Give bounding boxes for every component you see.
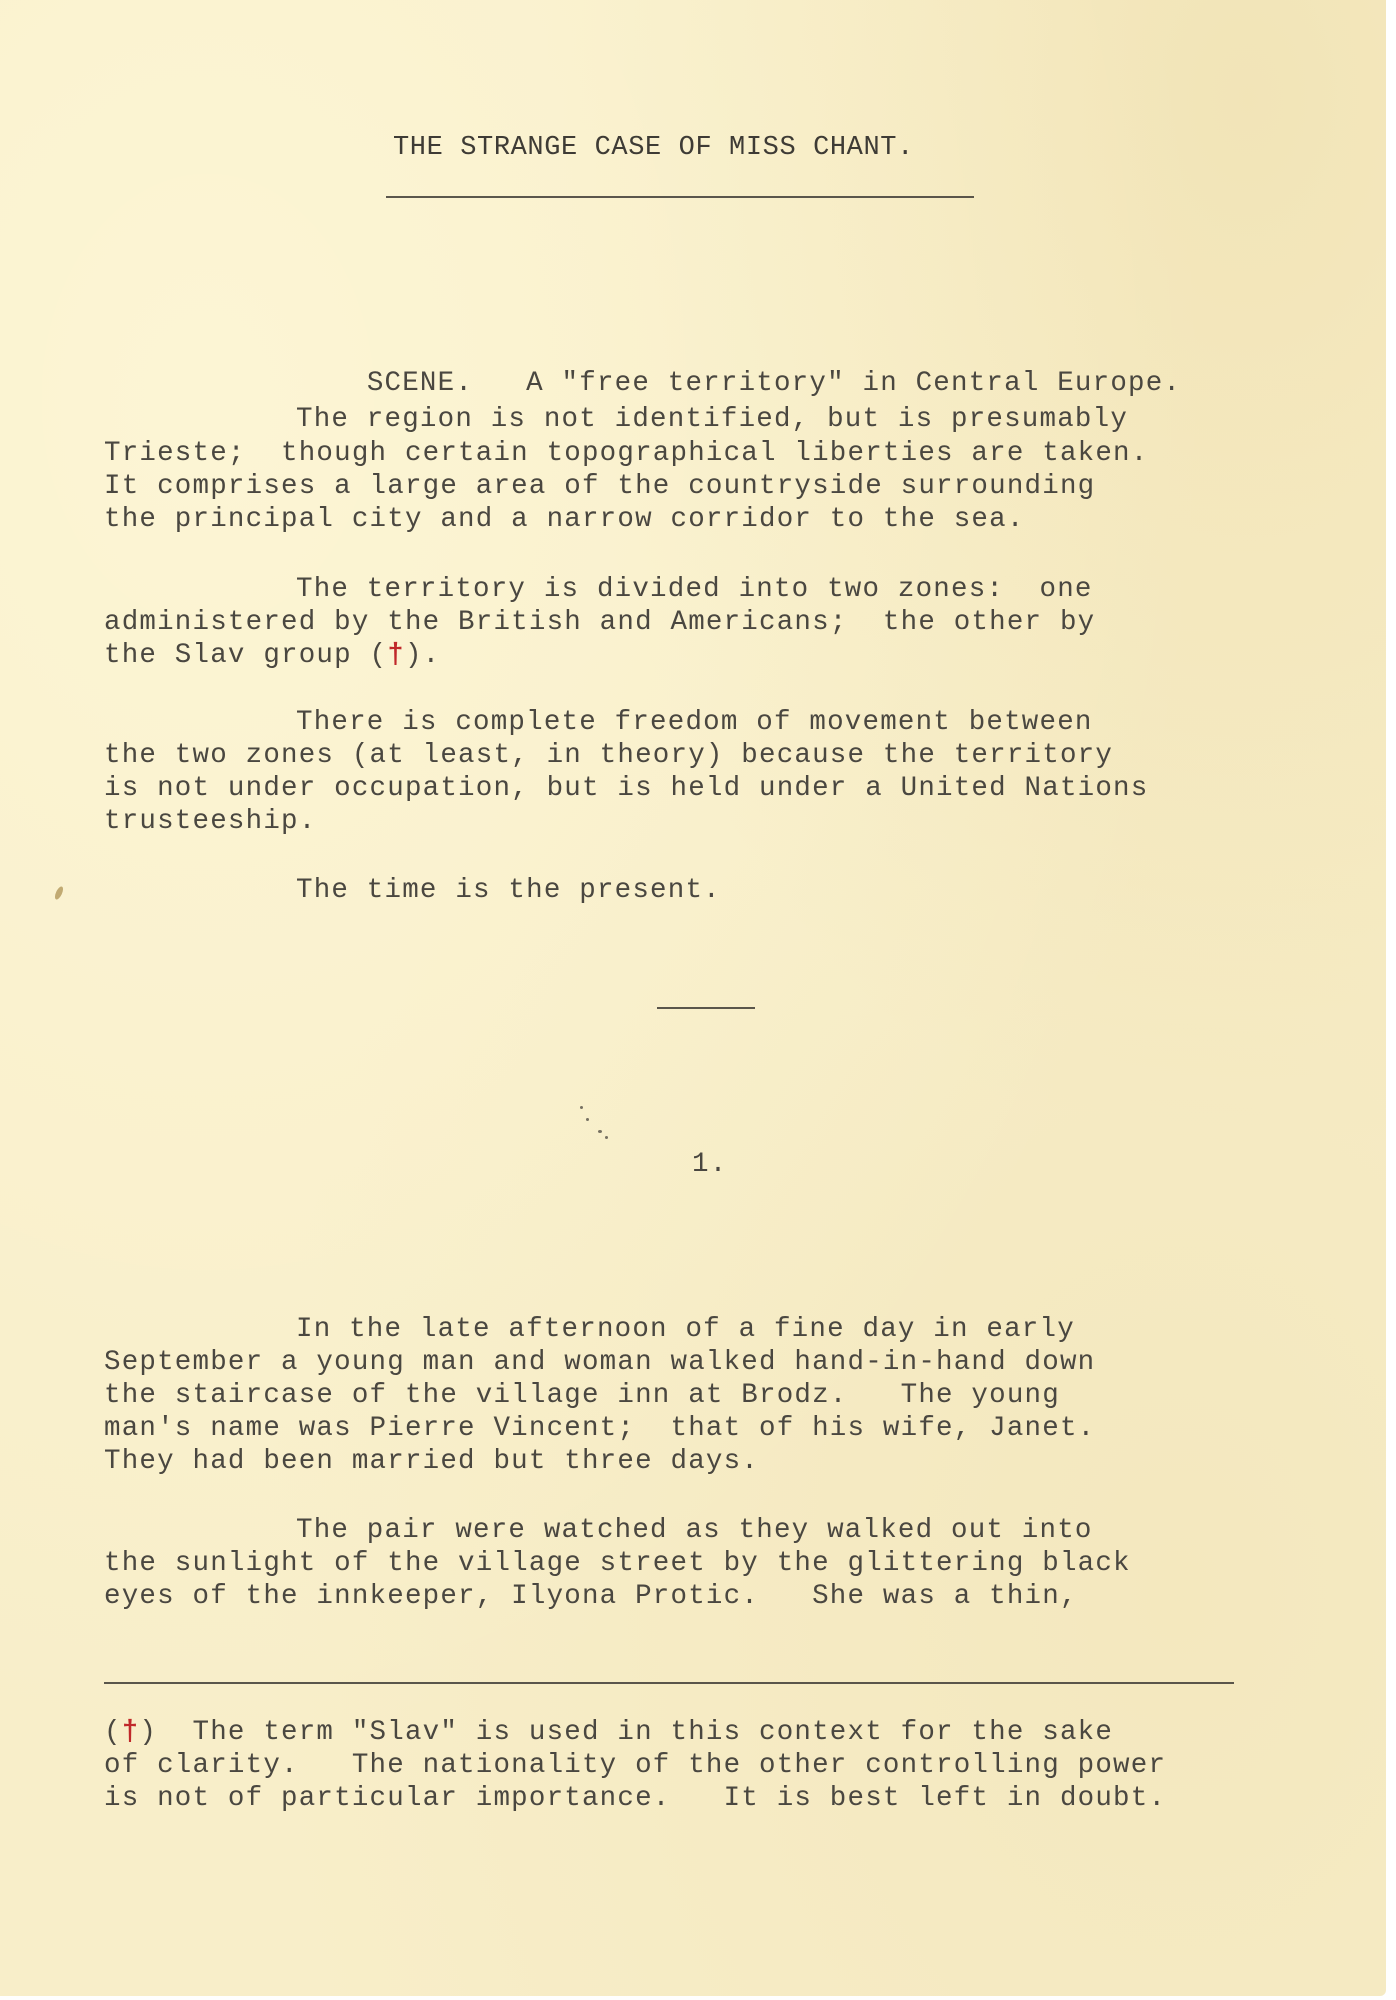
document-title: THE STRANGE CASE OF MISS CHANT. xyxy=(393,133,914,163)
scene-text: A "free territory" in Central Europe. xyxy=(526,368,1181,399)
chapter-number: 1. xyxy=(692,1148,727,1182)
footnote-open-paren: ( xyxy=(104,1717,122,1748)
stray-mark-dot xyxy=(580,1106,583,1109)
ink-smudge xyxy=(53,885,64,900)
paragraph-3-line-4: trusteeship. xyxy=(104,805,316,839)
chapter-paragraph-1-line-1: In the late afternoon of a fine day in e… xyxy=(296,1313,1075,1347)
footnote-separator xyxy=(104,1682,1234,1684)
footnote-reference-dagger[interactable]: † xyxy=(387,640,405,671)
scene-label: SCENE. xyxy=(367,368,473,399)
paragraph-2-line-2: administered by the British and American… xyxy=(104,606,1095,640)
chapter-paragraph-1-line-5: They had been married but three days. xyxy=(104,1445,759,1479)
paragraph-1-line-1: The region is not identified, but is pre… xyxy=(296,403,1128,437)
chapter-paragraph-2-line-2: the sunlight of the village street by th… xyxy=(104,1547,1131,1581)
typewritten-page: THE STRANGE CASE OF MISS CHANT. SCENE. A… xyxy=(0,0,1386,1996)
paragraph-1-line-2: Trieste; though certain topographical li… xyxy=(104,437,1148,471)
paragraph-3-line-3: is not under occupation, but is held und… xyxy=(104,772,1148,806)
paragraph-2-line-1: The territory is divided into two zones:… xyxy=(296,573,1093,607)
chapter-paragraph-2-line-3: eyes of the innkeeper, Ilyona Protic. Sh… xyxy=(104,1580,1078,1614)
chapter-paragraph-2-line-1: The pair were watched as they walked out… xyxy=(296,1514,1093,1548)
paragraph-1-line-4: the principal city and a narrow corridor… xyxy=(104,503,1025,537)
footnote-line-1-text: The term "Slav" is used in this context … xyxy=(193,1717,1114,1748)
footnote-line-1: (†) The term "Slav" is used in this cont… xyxy=(104,1716,1113,1750)
title-underline xyxy=(386,196,974,198)
section-divider xyxy=(657,1007,755,1009)
stray-mark-dot xyxy=(605,1136,608,1139)
footnote-line-2: of clarity. The nationality of the other… xyxy=(104,1749,1166,1783)
stray-mark-dot xyxy=(586,1118,589,1121)
paragraph-4-line-1: The time is the present. xyxy=(296,874,721,908)
footnote-line-3: is not of particular importance. It is b… xyxy=(104,1782,1166,1816)
chapter-paragraph-1-line-2: September a young man and woman walked h… xyxy=(104,1346,1095,1380)
paragraph-2-line-3: the Slav group (†). xyxy=(104,639,440,673)
chapter-paragraph-1-line-4: man's name was Pierre Vincent; that of h… xyxy=(104,1412,1095,1446)
paragraph-3-line-2: the two zones (at least, in theory) beca… xyxy=(104,739,1113,773)
stray-mark-dot xyxy=(598,1130,602,1133)
footnote-close-paren: ) xyxy=(139,1717,157,1748)
paragraph-3-line-1: There is complete freedom of movement be… xyxy=(296,706,1093,740)
paragraph-1-line-3: It comprises a large area of the country… xyxy=(104,470,1095,504)
footnote-dagger: † xyxy=(122,1717,140,1748)
show-through-texture xyxy=(0,0,1386,1996)
chapter-paragraph-1-line-3: the staircase of the village inn at Brod… xyxy=(104,1379,1060,1413)
paragraph-2-line-3-text: the Slav group ( xyxy=(104,640,387,671)
paragraph-2-tail: ). xyxy=(405,640,440,671)
